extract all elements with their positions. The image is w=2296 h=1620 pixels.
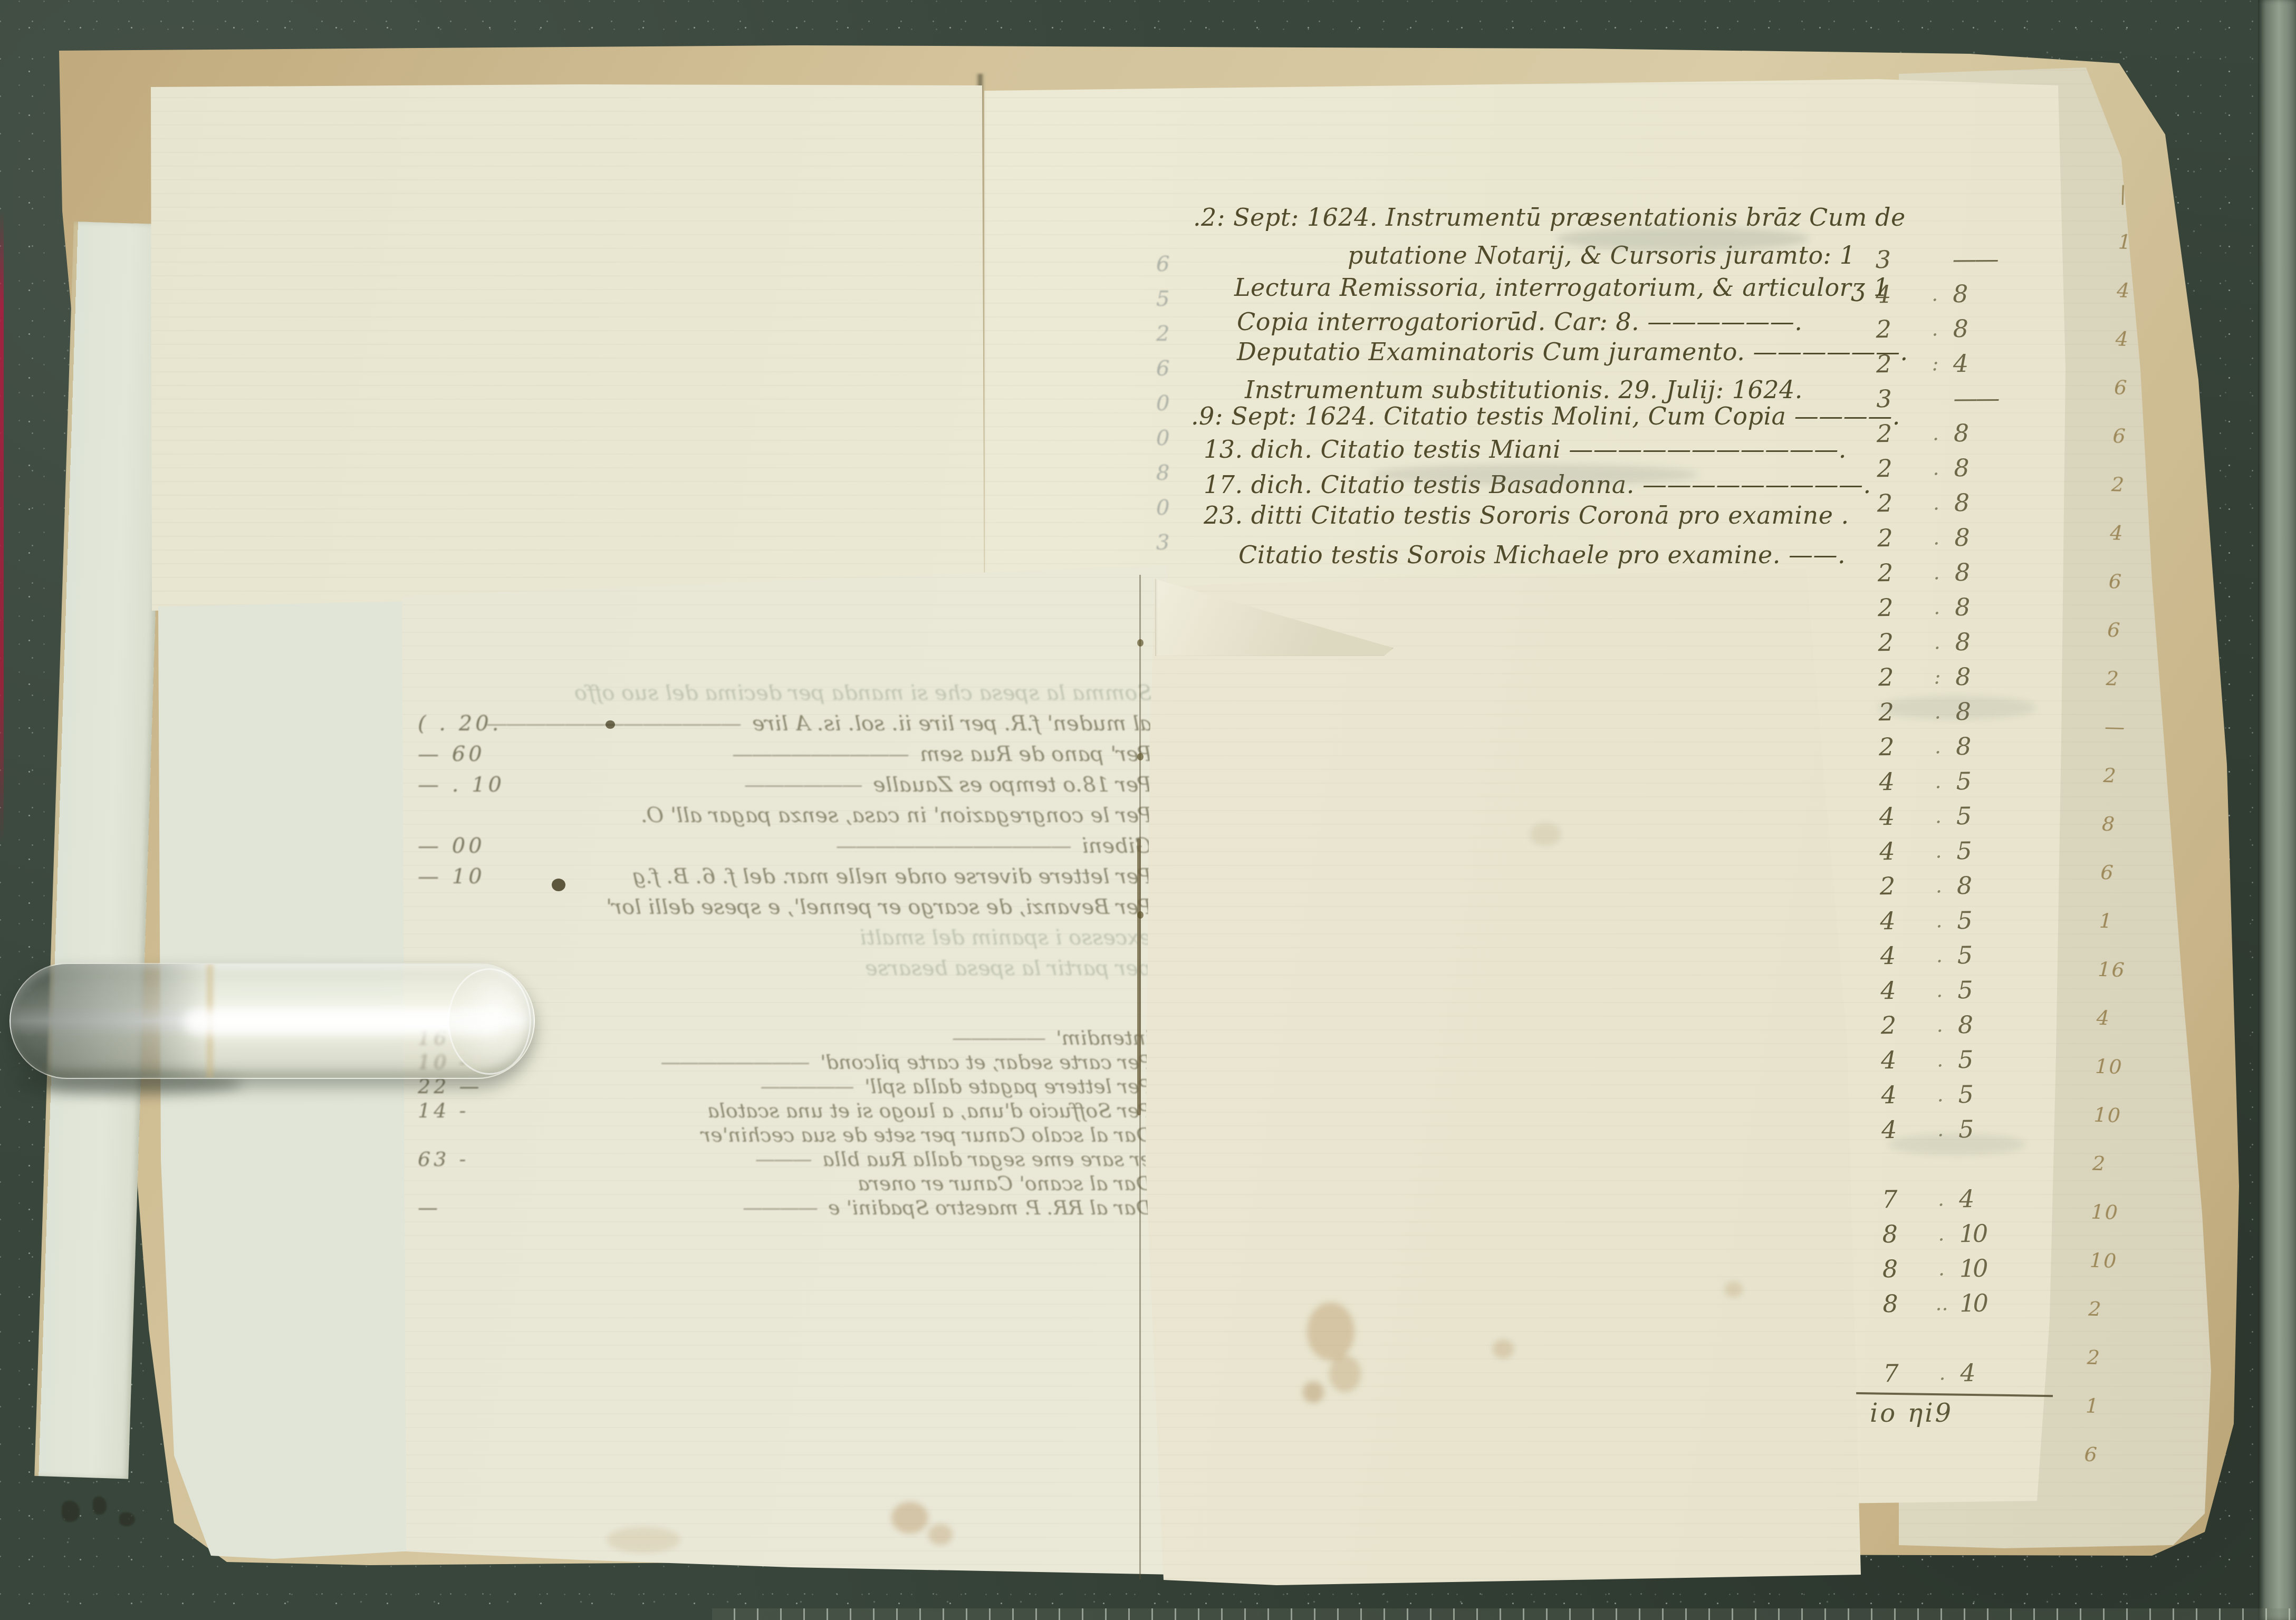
mirrored-entry-row: — ———— Dar al RR. P. maestro Spadini' e	[418, 1195, 1152, 1220]
mirrored-rows-lower: 16 ————— intendim' 10 - ———————— Per car…	[418, 1026, 1152, 1220]
fee-col2-value: 8	[1955, 627, 2058, 656]
ghost-digit: 0	[1156, 490, 1204, 525]
fee-col1-value: 8	[1882, 1255, 1924, 1284]
bleed-through-smudge	[1888, 1134, 2025, 1155]
mirrored-entry-row: 22 — ————— Per lettere pagate dalla spll…	[418, 1074, 1152, 1098]
fee-col1-value: 4	[1880, 907, 1921, 936]
glass-weight	[9, 963, 535, 1079]
fee-col1-value: 2	[1877, 454, 1918, 483]
fee-amount-columns: 3 —— 4 . 8 2 . 8 2 : 4 3	[1875, 241, 2062, 1391]
fee-col2-value: 8	[1954, 453, 2056, 482]
fee-col2-value: 8	[1955, 557, 2057, 586]
fill-dash: ———	[755, 1147, 816, 1171]
fee-separator-dot: .	[1921, 909, 1957, 932]
manuscript-line: .2: Sept: 1624. Instrumentū præsentation…	[1193, 203, 1906, 232]
fill-dash	[860, 956, 865, 980]
edge-number: 8	[2101, 799, 2182, 850]
mirrored-entry-row: 63 - ——— er sare eme segar dalla Rua bll…	[418, 1147, 1152, 1171]
fill-dash: ————————————	[836, 834, 1075, 858]
fee-row: 3 ——	[1875, 241, 2054, 277]
fee-col2-value: 8	[1954, 488, 2057, 517]
fill-dash: —————	[761, 1075, 858, 1098]
paper-damage-mark	[93, 1497, 107, 1515]
fee-row: 4 . 5	[1880, 972, 2060, 1008]
ink-blot	[552, 879, 565, 891]
edge-number: 10	[2095, 1042, 2175, 1093]
fee-separator-dot: .	[1922, 1013, 1958, 1036]
fee-col2-value: 8	[1956, 731, 2058, 760]
fill-dash	[601, 895, 606, 919]
fee-separator-dot: .	[1924, 1257, 1959, 1280]
paper-damage-mark	[62, 1501, 80, 1522]
foxing-stain	[1493, 1339, 1514, 1358]
manuscript-line: 13. dich. Citatio testis Miani —————————…	[1204, 435, 1847, 464]
foxing-stain	[891, 1502, 928, 1534]
fee-col1-value: 4	[1879, 802, 1920, 831]
stitch-knot	[1137, 911, 1144, 919]
fee-col2-value: 8	[1957, 871, 2059, 900]
fee-row: 4 . 5	[1880, 937, 2060, 973]
fee-separator-dot: .	[1919, 630, 1955, 653]
fee-col1-value: 4	[1879, 767, 1920, 796]
fee-row: 7 . 4	[1883, 1355, 2062, 1391]
mirrored-text: Gibeni	[1082, 831, 1152, 861]
fee-col1-value: 2	[1878, 558, 1919, 587]
mirrored-entry-row: Per le congregazion' in casa, senza paga…	[418, 800, 1152, 831]
edge-number: 16	[2097, 945, 2178, 996]
edge-number: 4	[2096, 994, 2176, 1044]
fee-separator-dot: .	[1918, 491, 1954, 514]
fee-col1-value: 4	[1879, 837, 1920, 866]
fee-row: 4 . 5	[1881, 1076, 2060, 1112]
fee-separator-dot: .	[1920, 769, 1956, 793]
fee-col2-value: 8	[1953, 279, 2055, 308]
fee-col2-value: 5	[1956, 801, 2059, 830]
margin-amount: — 00	[418, 831, 485, 861]
margin-amount: 63 -	[418, 1147, 469, 1171]
fee-row: 2 : 4	[1876, 345, 2055, 381]
paper-damage-mark	[119, 1512, 135, 1526]
fee-row: 4 . 8	[1876, 276, 2055, 312]
binding-cord	[1137, 838, 1141, 1115]
fee-separator-dot: :	[1917, 352, 1953, 375]
manuscript-line: Citatio testis Sorois Michaele pro exami…	[1238, 541, 1846, 569]
mirrored-entry-row: — . 10 —————— Per 18.o tempo es Zaualle	[418, 769, 1152, 800]
mirrored-entry-row: Dar al scalo Canur per sete de sua cechi…	[418, 1123, 1152, 1147]
fee-row: 2 . 8	[1877, 485, 2057, 520]
edge-number: 4	[2115, 314, 2195, 365]
fee-col1-value: 4	[1876, 280, 1917, 309]
edge-number: 4	[2109, 508, 2190, 559]
ruler-tick-strip	[712, 1608, 2296, 1620]
margin-amount: — . 10	[418, 769, 505, 800]
fee-row: 4 . 5	[1881, 1042, 2060, 1077]
fee-row: 8 . 10	[1882, 1250, 2062, 1286]
mirrored-entry-row: — 00 ———————————— Gibeni	[418, 831, 1152, 861]
fee-col2-value: 5	[1957, 940, 2060, 969]
edge-number: 1	[2118, 217, 2198, 268]
fill-dash	[702, 1099, 707, 1122]
fee-col1-value: 7	[1883, 1359, 1924, 1388]
fee-row: 8 . 10	[1882, 1216, 2061, 1251]
mirrored-entry-row: excesso i spanim del smalti	[418, 922, 1152, 953]
mirrored-entry-row: ( . 20. ————————————— al muden' f.R. per…	[418, 708, 1152, 739]
mirrored-entry-row: — 10 Per lettere diverse onde nelle mar.…	[418, 861, 1152, 892]
mirrored-entry-row: 10 - ———————— Per carte sedar, et carte …	[418, 1050, 1152, 1074]
fee-col2-value	[1960, 1337, 2062, 1338]
fee-row: 2 . 8	[1878, 554, 2057, 590]
fill-dash: —————————	[732, 742, 913, 766]
fill-dash	[627, 864, 632, 889]
foxing-stain	[1307, 1303, 1354, 1361]
fee-row: 2 . 8	[1881, 1007, 2060, 1043]
fee-separator-dot: .	[1917, 317, 1953, 340]
ghost-digit: 5	[1156, 282, 1204, 316]
mirrored-text: er sare eme segar dalla Rua blla	[822, 1147, 1152, 1171]
fee-row: 2 : 8	[1878, 659, 2058, 695]
fee-col2-value: 8	[1958, 1010, 2060, 1039]
ghost-digit: 3	[1156, 525, 1204, 560]
fee-row: 2 . 8	[1878, 589, 2057, 625]
fee-col1-value	[1882, 1164, 1923, 1165]
fee-separator-dot: :	[1919, 665, 1955, 688]
edge-number: 2	[2105, 654, 2186, 705]
foxing-stain	[1303, 1382, 1324, 1403]
bleed-through-smudge	[1878, 696, 2036, 719]
fill-dash: —————————————	[486, 711, 745, 736]
ghost-digit: 0	[1156, 421, 1204, 456]
edge-number: 10	[2093, 1091, 2174, 1141]
fee-separator-dot: .	[1917, 282, 1953, 305]
ghost-digit: 6	[1156, 247, 1204, 282]
manuscript-line: Instrumentum substitutionis. 29. Julij: …	[1245, 375, 1803, 404]
fee-separator-dot: ..	[1924, 1291, 1959, 1315]
mirrored-text: Somma la spesa che si manda per decima d…	[574, 678, 1152, 708]
manuscript-line: Deputatio Examinatoris Cum juramento. ——…	[1237, 337, 1908, 366]
mirrored-text: Dar al scalo Canur per sete de sua cechi…	[701, 1123, 1152, 1147]
margin-amount: — 10	[418, 861, 485, 892]
mirrored-text: Per carte sedar, et carte pilcond'	[820, 1050, 1152, 1074]
fee-col2-value: 8	[1954, 523, 2057, 552]
fee-col2-value: 8	[1953, 314, 2055, 343]
fee-row: 4 . 5	[1879, 798, 2059, 834]
fee-row: 3 ——	[1876, 380, 2055, 416]
fee-col2-value: 8	[1955, 592, 2057, 621]
fee-separator-dot: .	[1918, 526, 1954, 549]
fee-col1-value: 2	[1879, 732, 1920, 761]
mirrored-entry-row: Dar al scano' Canur er onera	[418, 1171, 1152, 1195]
fee-separator-dot: .	[1924, 1361, 1960, 1384]
fee-col1-value: 4	[1880, 941, 1922, 970]
fee-row: 2 . 8	[1879, 728, 2058, 764]
fee-separator-dot: .	[1923, 1222, 1959, 1245]
stitch-knot	[1137, 639, 1144, 647]
ghost-digit: 8	[1156, 456, 1204, 490]
manuscript-line: 23. ditti Citatio testis Sororis Coronā …	[1204, 501, 1849, 529]
fee-col1-value: 2	[1878, 663, 1919, 692]
fee-col2-value: 4	[1959, 1184, 2061, 1213]
fee-col2-value: 5	[1958, 1045, 2060, 1074]
manuscript-line: Copia interrogatoriorūd. Car: 8. ——————.	[1237, 307, 1802, 336]
fee-col1-value: 3	[1876, 384, 1917, 413]
fee-col2-value: 5	[1956, 766, 2058, 795]
edge-number: 6	[2100, 848, 2180, 899]
ink-blot	[606, 720, 615, 729]
fee-col1-value: 2	[1876, 350, 1917, 379]
fill-dash	[696, 1123, 701, 1146]
bleed-through-smudge	[1371, 464, 1698, 485]
fee-separator-dot: .	[1921, 874, 1957, 897]
mirrored-entry-row: 14 - Per Soffucio d'una, a luogo si et u…	[418, 1098, 1152, 1123]
fee-col1-value: 3	[1875, 245, 1916, 274]
fee-col2-value: ——	[1952, 244, 2054, 273]
fee-col1-value	[1883, 1338, 1924, 1339]
mirrored-text: Per lettere diverse onde nelle mar. del …	[632, 861, 1152, 892]
mirrored-text: Per 18.o tempo es Zaualle	[873, 769, 1152, 800]
fee-row: 2 . 8	[1878, 624, 2057, 660]
margin-amount: 14 -	[418, 1098, 469, 1123]
red-edge-line	[0, 211, 4, 844]
mirrored-text: Per' pano de Rua sem	[920, 739, 1152, 769]
mirrored-entry-row: — 60 ————————— Per' pano de Rua sem	[418, 739, 1152, 769]
mirrored-text: al muden' f.R. per lire ii. sol. is. A l…	[752, 708, 1152, 739]
fee-row: 4 . 5	[1879, 833, 2059, 869]
fee-row: 2 . 8	[1877, 415, 2056, 451]
foxing-stain	[1725, 1281, 1743, 1297]
margin-amount: — 60	[418, 739, 485, 769]
fee-row: 2 . 8	[1880, 867, 2059, 903]
mirrored-text: Per Soffucio d'una, a luogo si et una sc…	[707, 1098, 1152, 1123]
fee-col2-value: 8	[1954, 418, 2056, 447]
foxing-stain	[607, 1527, 680, 1553]
edge-number: |	[2119, 169, 2199, 219]
mirrored-entry-row: Per Bevanzi, de scargo er pennel', e spe…	[418, 892, 1152, 922]
edge-number: 6	[2114, 363, 2194, 413]
fee-col1-value: 7	[1882, 1185, 1923, 1214]
fee-col2-value: 5	[1957, 975, 2060, 1004]
fee-separator-dot: .	[1918, 456, 1954, 479]
ghost-digit: 0	[1156, 386, 1204, 421]
edge-number: 10	[2090, 1188, 2171, 1238]
edge-number: 6	[2107, 605, 2187, 656]
manuscript-line: Lectura Remissoria, interrogatorium, & a…	[1234, 273, 1889, 302]
fee-row: 2 . 8	[1876, 311, 2055, 346]
fill-dash	[636, 803, 641, 827]
fee-col1-value: 2	[1878, 593, 1919, 622]
fee-row: 2 . 8	[1877, 450, 2056, 486]
fee-col2-value	[1959, 1163, 2061, 1164]
fee-separator-dot: .	[1919, 595, 1955, 619]
fee-col1-value: 8	[1882, 1220, 1923, 1249]
mirrored-rows-upper: Somma la spesa che si manda per decima d…	[418, 678, 1152, 983]
fee-col2-value: 4	[1960, 1358, 2062, 1387]
fill-dash	[854, 925, 860, 950]
fee-separator-dot: .	[1922, 978, 1957, 1001]
fill-dash	[569, 681, 574, 705]
mirrored-text: Per lettere pagate dalla spll'	[864, 1074, 1152, 1098]
fee-row: 7 . 4	[1882, 1181, 2061, 1217]
edge-number: 10	[2089, 1236, 2170, 1287]
fill-dash: ————————	[660, 1050, 813, 1074]
edge-number: 2	[2111, 460, 2192, 510]
fee-separator-dot: .	[1922, 943, 1957, 967]
photograph-of-archival-manuscript: |1446624662—28611641010210102216 .2: Sep…	[0, 0, 2296, 1620]
fee-separator-dot: .	[1918, 421, 1954, 445]
ghost-digit: 2	[1156, 316, 1204, 351]
foxing-stain	[1329, 1355, 1361, 1392]
backdrop-right-edge-band	[2258, 0, 2296, 1620]
fee-row: 4 . 5	[1880, 902, 2059, 938]
fee-col2-value: 10	[1959, 1288, 2062, 1317]
edge-number: 2	[2092, 1139, 2173, 1190]
stitch-knot	[1137, 753, 1144, 760]
fill-dash: ——————	[744, 773, 867, 797]
fee-col1-value: 2	[1877, 489, 1918, 518]
edge-number: 6	[2108, 557, 2189, 607]
fee-separator-dot: .	[1920, 804, 1956, 827]
fee-col1-value: 4	[1881, 1046, 1922, 1075]
fee-col2-value: 5	[1958, 1079, 2060, 1108]
fee-col2-value: 8	[1955, 662, 2058, 691]
edge-number: 6	[2112, 411, 2193, 462]
fee-col1-value: 2	[1877, 419, 1918, 448]
mirrored-entry-row: per partir la spesa besarse	[418, 953, 1152, 983]
foxing-stain	[1530, 823, 1561, 846]
edge-number: 4	[2116, 266, 2197, 316]
fee-col1-value: 4	[1880, 976, 1922, 1005]
fee-col1-value: 2	[1876, 315, 1917, 344]
edge-number: —	[2104, 702, 2185, 753]
mirrored-text: excesso i spanim del smalti	[860, 922, 1152, 953]
mirrored-text: Dar al scano' Canur er onera	[858, 1171, 1152, 1195]
fee-col1-value: 8	[1882, 1289, 1924, 1318]
fee-row: 2 . 8	[1877, 519, 2057, 555]
edge-number: 1	[2085, 1381, 2166, 1432]
fill-dash: ————	[743, 1196, 822, 1219]
fee-row: 4 . 5	[1879, 763, 2058, 799]
edge-number: 1	[2099, 896, 2179, 947]
edge-number: 2	[2102, 751, 2183, 802]
fee-col2-value: 5	[1957, 905, 2059, 934]
foxing-stain	[928, 1524, 953, 1545]
fee-separator-dot: .	[1922, 1048, 1958, 1071]
fee-separator-dot: .	[1920, 735, 1956, 758]
fee-col1-value: 2	[1877, 524, 1918, 553]
fee-col1-value: 4	[1881, 1081, 1923, 1110]
mirrored-entry-row: Somma la spesa che si manda per decima d…	[418, 678, 1152, 708]
mirrored-text: Per le congregazion' in casa, senza paga…	[641, 800, 1152, 831]
manuscript-line: .9: Sept: 1624. Citatio testis Molini, C…	[1191, 402, 1900, 430]
mirrored-text: per partir la spesa besarse	[865, 953, 1152, 983]
fee-row	[1883, 1320, 2062, 1356]
fee-col2-value: 10	[1959, 1253, 2062, 1282]
edge-number: 2	[2088, 1285, 2168, 1335]
fee-col2-value: 4	[1953, 349, 2055, 378]
bleed-through-digit-column: 652600803	[1156, 247, 1204, 560]
ghost-digit: 6	[1156, 351, 1204, 386]
fee-separator-dot: .	[1919, 561, 1955, 584]
fee-separator-dot: .	[1923, 1187, 1959, 1210]
fee-row: 8 .. 10	[1882, 1285, 2062, 1321]
sum-total-text: io ηi9	[1870, 1399, 1953, 1428]
edge-number: 6	[2083, 1430, 2164, 1480]
edge-number: 2	[2086, 1333, 2167, 1384]
fill-dash	[852, 1172, 858, 1195]
fee-separator-dot: .	[1923, 1083, 1958, 1106]
fee-col2-value: 10	[1959, 1219, 2061, 1248]
fee-col2-value: ——	[1953, 383, 2055, 412]
fee-col1-value: 2	[1878, 628, 1919, 657]
mirrored-text: Dar al RR. P. maestro Spadini' e	[828, 1195, 1152, 1220]
margin-amount: —	[418, 1195, 441, 1220]
mirrored-text: Per Bevanzi, de scargo er pennel', e spe…	[606, 892, 1152, 922]
fee-col1-value: 2	[1880, 872, 1921, 901]
fill-dash: —————	[952, 1026, 1050, 1049]
fee-col2-value: 5	[1956, 836, 2059, 865]
fee-col1-value: 2	[1881, 1011, 1922, 1040]
glass-rounded-end	[448, 968, 531, 1075]
glass-over-felt-tint	[11, 964, 211, 1078]
fee-separator-dot: .	[1920, 839, 1956, 862]
bleed-through-smudge	[1556, 227, 1809, 251]
